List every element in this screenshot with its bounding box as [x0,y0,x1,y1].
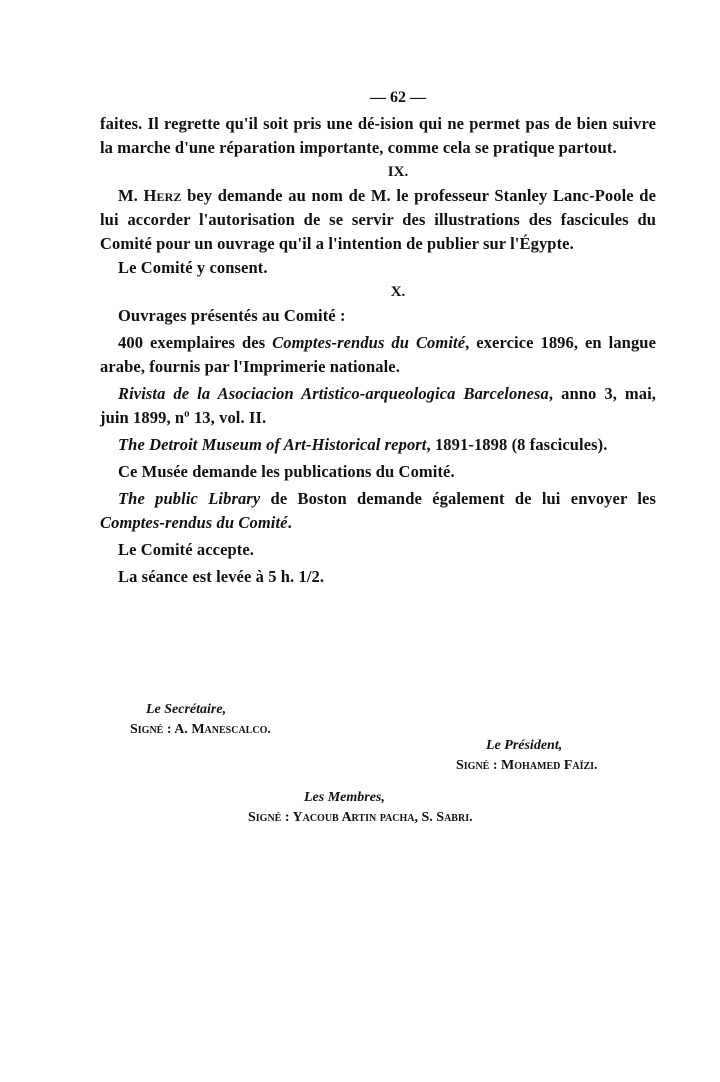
text: M. [118,186,144,205]
signature-members: Les Membres, Signé : Yacoub Artin pacha,… [248,788,473,828]
paragraph-herz-request: M. Herz bey demande au nom de M. le prof… [100,184,656,256]
section-heading-x: X. [140,280,656,304]
signature-name: Signé : Mohamed Faïzi. [456,756,598,776]
paragraph-boston-library: The public Library de Boston demande éga… [100,487,656,535]
document-page: — 62 — faites. Il regrette qu'il soit pr… [100,88,656,589]
paragraph-musee-request: Ce Musée demande les publications du Com… [100,460,656,484]
work-title: Comptes-rendus du Comité [272,333,465,352]
page-number: — 62 — [140,88,656,112]
signature-role: Le Secrétaire, [130,700,271,720]
text: de Boston demande également de lui envoy… [260,489,656,508]
text: , 1891-1898 (8 fascicules). [427,435,608,454]
work-title: The Detroit Museum of Art-Historical rep… [118,435,427,454]
paragraph-works-intro: Ouvrages présentés au Comité : [100,304,656,328]
signature-name: Signé : A. Manescalco. [130,720,271,740]
text: 400 exemplaires des [118,333,272,352]
paragraph-continued: faites. Il regrette qu'il soit pris une … [100,112,656,160]
paragraph-consent: Le Comité y consent. [100,256,656,280]
text: . [288,513,292,532]
paragraph-session-closed: La séance est levée à 5 h. 1/2. [100,565,656,589]
person-name: Herz [144,186,182,205]
work-title: Comptes-rendus du Comité [100,513,288,532]
signature-secretary: Le Secrétaire, Signé : A. Manescalco. [130,700,271,740]
work-title: The public Library [118,489,260,508]
signature-president: Le Président, Signé : Mohamed Faïzi. [456,736,598,776]
work-title: Rivista de la Asociacion Artistico-arque… [118,384,549,403]
section-heading-ix: IX. [140,160,656,184]
paragraph-item-comptes-rendus: 400 exemplaires des Comptes-rendus du Co… [100,331,656,379]
paragraph-item-rivista: Rivista de la Asociacion Artistico-arque… [100,382,656,430]
signature-name: Signé : Yacoub Artin pacha, S. Sabri. [248,808,473,828]
signature-role: Le Président, [456,736,598,756]
paragraph-item-detroit: The Detroit Museum of Art-Historical rep… [100,433,656,457]
text: bey demande au nom de M. le professeur S… [100,186,656,253]
paragraph-accepts: Le Comité accepte. [100,538,656,562]
signature-role: Les Membres, [248,788,473,808]
